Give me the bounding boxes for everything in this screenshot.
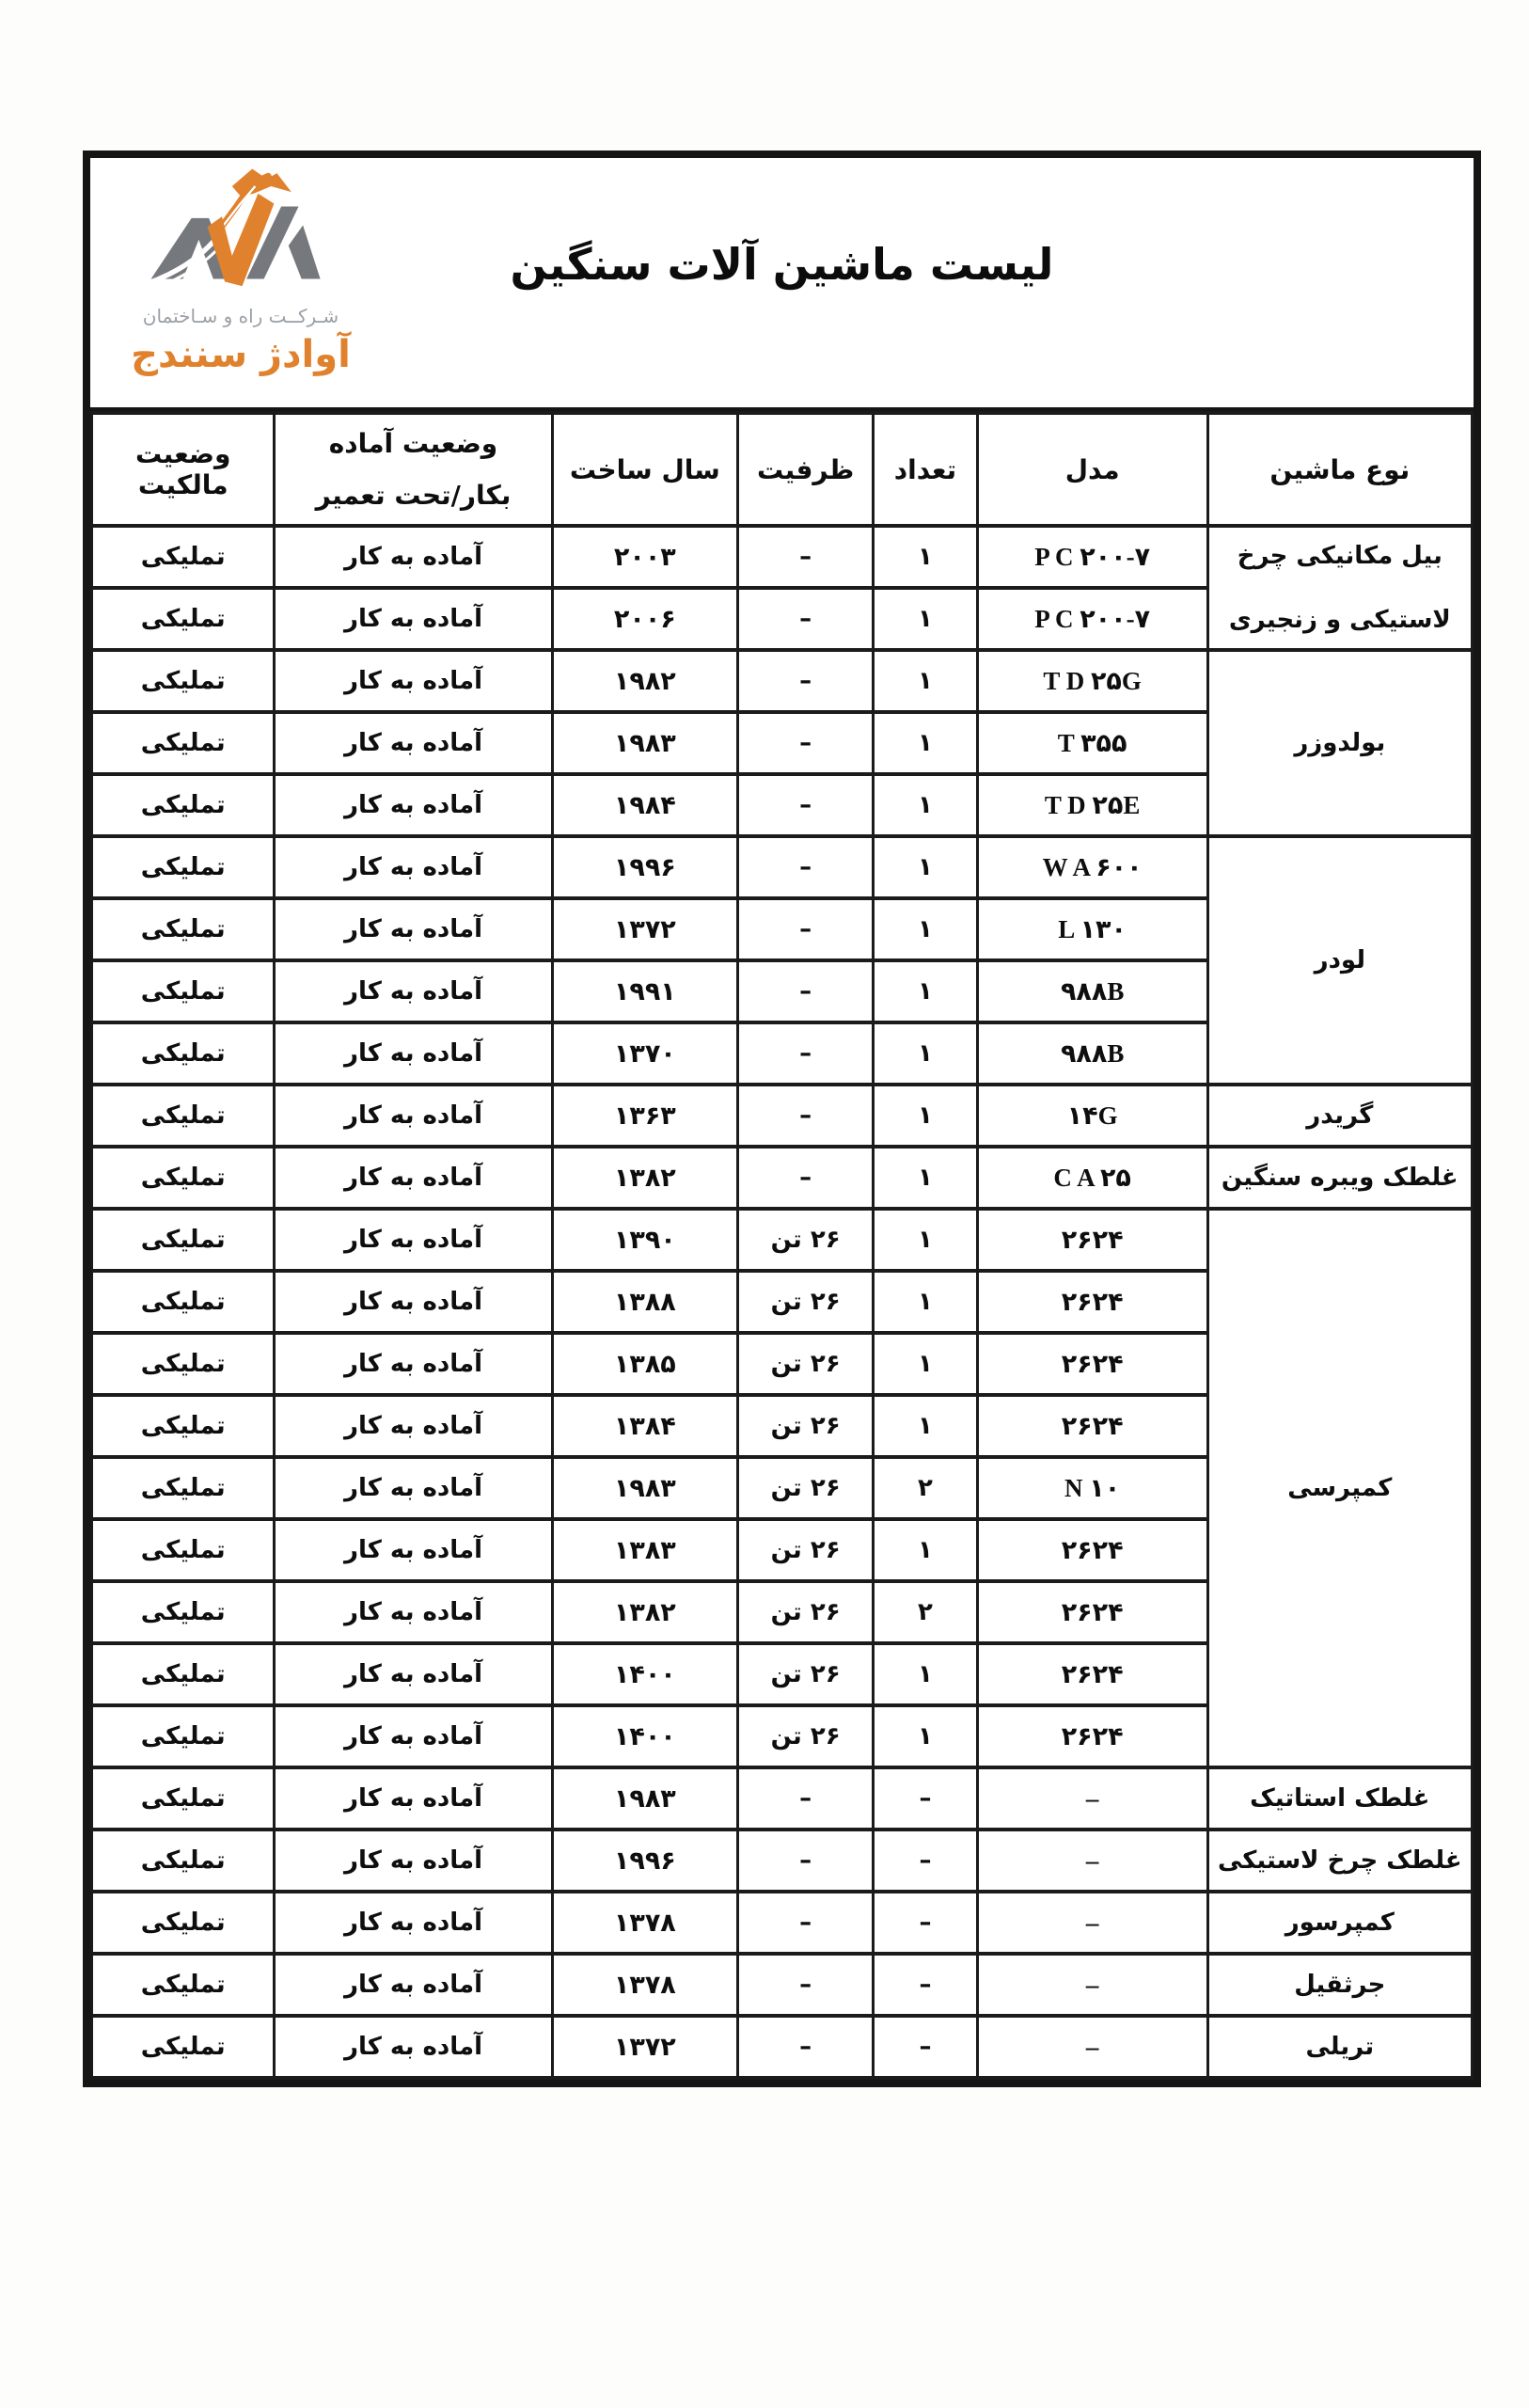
cell-year: ۱۳۷۲: [552, 2016, 737, 2078]
cell-model: P C ۲۰۰-۷: [977, 588, 1207, 650]
brand-name: آوادژ سنندج: [122, 333, 359, 376]
cell-ready-status: آماده به کار: [275, 712, 552, 774]
cell-ownership: تملیکی: [92, 1395, 275, 1457]
machine-type-line: کمپرسور: [1213, 1909, 1467, 1937]
cell-ready-status: آماده به کار: [275, 1954, 552, 2016]
cell-count: ۱: [874, 774, 978, 836]
cell-year: ۱۳۷۸: [552, 1892, 737, 1954]
cell-ready-status: آماده به کار: [275, 1333, 552, 1395]
cell-model: T D ۲۵G: [977, 650, 1207, 712]
cell-ready-status: آماده به کار: [275, 1892, 552, 1954]
cell-count: ۱: [874, 1333, 978, 1395]
cell-count: ۲: [874, 1457, 978, 1519]
header-ready-line2: بکار/تحت تعمیر: [279, 480, 546, 511]
cell-count: –: [874, 1892, 978, 1954]
machine-type-line: غلطک چرخ لاستیکی: [1213, 1846, 1467, 1875]
cell-machine-type: غلطک استاتیک: [1207, 1767, 1472, 1830]
header-row: نوع ماشین مدل تعداد ظرفیت سال ساخت وضعیت…: [92, 413, 1473, 526]
cell-ownership: تملیکی: [92, 1892, 275, 1954]
cell-model: –: [977, 1767, 1207, 1830]
cell-ownership: تملیکی: [92, 1457, 275, 1519]
table-row: کمپرسی۲۶۲۴۱۲۶ تن۱۳۹۰آماده به کارتملیکی: [92, 1209, 1473, 1271]
cell-year: ۱۳۷۲: [552, 898, 737, 960]
cell-year: ۱۳۹۰: [552, 1209, 737, 1271]
machine-type-line: لودر: [1213, 946, 1467, 974]
cell-capacity: –: [738, 1085, 874, 1147]
cell-model: ۲۶۲۴: [977, 1705, 1207, 1767]
cell-year: ۱۹۸۳: [552, 1457, 737, 1519]
cell-count: ۱: [874, 898, 978, 960]
cell-ownership: تملیکی: [92, 1022, 275, 1085]
cell-machine-type: بولدوزر: [1207, 650, 1472, 836]
cell-machine-type: لودر: [1207, 836, 1472, 1085]
table-row: بولدوزرT D ۲۵G۱–۱۹۸۲آماده به کارتملیکی: [92, 650, 1473, 712]
cell-capacity: –: [738, 2016, 874, 2078]
cell-ownership: تملیکی: [92, 1705, 275, 1767]
cell-year: ۱۹۹۶: [552, 1830, 737, 1892]
header-ready-line1: وضعیت آماده: [279, 428, 546, 459]
cell-capacity: –: [738, 526, 874, 588]
table-row: غلطک چرخ لاستیکی–––۱۹۹۶آماده به کارتملیک…: [92, 1830, 1473, 1892]
cell-capacity: –: [738, 898, 874, 960]
cell-model: –: [977, 2016, 1207, 2078]
table-row: غلطک ویبره سنگینC A ۲۵۱–۱۳۸۲آماده به کار…: [92, 1147, 1473, 1209]
cell-count: ۱: [874, 588, 978, 650]
machine-type-line: غلطک استاتیک: [1213, 1784, 1467, 1813]
cell-count: ۱: [874, 1705, 978, 1767]
cell-capacity: ۲۶ تن: [738, 1643, 874, 1705]
cell-capacity: –: [738, 588, 874, 650]
cell-machine-type: غلطک ویبره سنگین: [1207, 1147, 1472, 1209]
cell-year: ۱۳۷۰: [552, 1022, 737, 1085]
header-ownership: وضعیت مالکیت: [92, 413, 275, 526]
header-ready-status: وضعیت آماده بکار/تحت تعمیر: [275, 413, 552, 526]
cell-model: L ۱۳۰: [977, 898, 1207, 960]
cell-capacity: ۲۶ تن: [738, 1395, 874, 1457]
cell-count: –: [874, 1954, 978, 2016]
cell-capacity: ۲۶ تن: [738, 1581, 874, 1643]
cell-count: ۱: [874, 836, 978, 898]
cell-ready-status: آماده به کار: [275, 1767, 552, 1830]
cell-count: –: [874, 2016, 978, 2078]
cell-capacity: –: [738, 774, 874, 836]
cell-ownership: تملیکی: [92, 526, 275, 588]
cell-year: ۱۹۹۱: [552, 960, 737, 1022]
cell-model: ۹۸۸B: [977, 1022, 1207, 1085]
table-row: بیل مکانیکی چرخلاستیکی و زنجیریP C ۲۰۰-۷…: [92, 526, 1473, 588]
cell-year: ۱۳۸۲: [552, 1147, 737, 1209]
cell-ready-status: آماده به کار: [275, 1147, 552, 1209]
cell-model: W A ۶۰۰: [977, 836, 1207, 898]
cell-ownership: تملیکی: [92, 1954, 275, 2016]
cell-capacity: ۲۶ تن: [738, 1457, 874, 1519]
cell-ownership: تملیکی: [92, 588, 275, 650]
machine-type-line: غلطک ویبره سنگین: [1213, 1164, 1467, 1192]
machine-type-line: گریدر: [1213, 1101, 1467, 1130]
header-model: مدل: [977, 413, 1207, 526]
cell-capacity: –: [738, 1954, 874, 2016]
cell-capacity: ۲۶ تن: [738, 1271, 874, 1333]
cell-model: T D ۲۵E: [977, 774, 1207, 836]
cell-capacity: –: [738, 1022, 874, 1085]
cell-year: ۱۳۸۲: [552, 1581, 737, 1643]
company-name: شـرکــت راه و سـاختمان: [122, 305, 359, 327]
cell-count: ۱: [874, 650, 978, 712]
scanned-page: { "logo": { "company_line": "شـرکــت راه…: [0, 0, 1529, 2408]
cell-year: ۱۹۸۳: [552, 712, 737, 774]
cell-year: ۱۴۰۰: [552, 1643, 737, 1705]
cell-model: N ۱۰: [977, 1457, 1207, 1519]
cell-ownership: تملیکی: [92, 2016, 275, 2078]
cell-ownership: تملیکی: [92, 650, 275, 712]
table-row: جرثقیل–––۱۳۷۸آماده به کارتملیکی: [92, 1954, 1473, 2016]
cell-count: ۱: [874, 712, 978, 774]
table-row: غلطک استاتیک–––۱۹۸۳آماده به کارتملیکی: [92, 1767, 1473, 1830]
cell-capacity: ۲۶ تن: [738, 1519, 874, 1581]
cell-machine-type: جرثقیل: [1207, 1954, 1472, 2016]
cell-count: ۲: [874, 1581, 978, 1643]
cell-ownership: تملیکی: [92, 1271, 275, 1333]
cell-capacity: –: [738, 1830, 874, 1892]
cell-count: ۱: [874, 1209, 978, 1271]
cell-ownership: تملیکی: [92, 712, 275, 774]
machine-type-line: جرثقیل: [1213, 1971, 1467, 1999]
page-title: لیست ماشین آلات سنگین: [90, 239, 1474, 290]
cell-model: ۲۶۲۴: [977, 1271, 1207, 1333]
cell-ready-status: آماده به کار: [275, 1705, 552, 1767]
cell-ready-status: آماده به کار: [275, 836, 552, 898]
cell-machine-type: بیل مکانیکی چرخلاستیکی و زنجیری: [1207, 526, 1472, 650]
cell-ready-status: آماده به کار: [275, 650, 552, 712]
cell-ready-status: آماده به کار: [275, 2016, 552, 2078]
cell-ownership: تملیکی: [92, 1209, 275, 1271]
cell-ownership: تملیکی: [92, 836, 275, 898]
cell-year: ۱۳۶۳: [552, 1085, 737, 1147]
cell-model: ۲۶۲۴: [977, 1209, 1207, 1271]
cell-count: ۱: [874, 1519, 978, 1581]
cell-year: ۱۳۸۵: [552, 1333, 737, 1395]
cell-model: T ۳۵۵: [977, 712, 1207, 774]
cell-model: ۲۶۲۴: [977, 1519, 1207, 1581]
cell-ownership: تملیکی: [92, 1830, 275, 1892]
cell-machine-type: گریدر: [1207, 1085, 1472, 1147]
cell-count: ۱: [874, 1395, 978, 1457]
cell-count: ۱: [874, 526, 978, 588]
cell-count: ۱: [874, 960, 978, 1022]
cell-count: ۱: [874, 1085, 978, 1147]
sheet-header-band: شـرکــت راه و سـاختمان آوادژ سنندج لیست …: [90, 158, 1474, 411]
cell-capacity: –: [738, 1892, 874, 1954]
cell-ownership: تملیکی: [92, 1643, 275, 1705]
cell-ready-status: آماده به کار: [275, 1209, 552, 1271]
cell-year: ۱۹۹۶: [552, 836, 737, 898]
cell-machine-type: تریلی: [1207, 2016, 1472, 2078]
cell-model: ۱۴G: [977, 1085, 1207, 1147]
machinery-list-sheet: شـرکــت راه و سـاختمان آوادژ سنندج لیست …: [83, 150, 1481, 2087]
cell-year: ۱۳۸۴: [552, 1395, 737, 1457]
cell-year: ۱۹۸۴: [552, 774, 737, 836]
header-machine-type: نوع ماشین: [1207, 413, 1472, 526]
cell-machine-type: غلطک چرخ لاستیکی: [1207, 1830, 1472, 1892]
cell-year: ۱۹۸۳: [552, 1767, 737, 1830]
cell-ownership: تملیکی: [92, 1147, 275, 1209]
cell-count: –: [874, 1767, 978, 1830]
machine-type-line: تریلی: [1213, 2033, 1467, 2061]
cell-model: P C ۲۰۰-۷: [977, 526, 1207, 588]
cell-capacity: ۲۶ تن: [738, 1333, 874, 1395]
cell-year: ۱۴۰۰: [552, 1705, 737, 1767]
cell-model: ۲۶۲۴: [977, 1333, 1207, 1395]
cell-year: ۱۳۸۳: [552, 1519, 737, 1581]
cell-ownership: تملیکی: [92, 960, 275, 1022]
cell-model: –: [977, 1892, 1207, 1954]
cell-count: ۱: [874, 1147, 978, 1209]
cell-model: ۲۶۲۴: [977, 1395, 1207, 1457]
cell-count: –: [874, 1830, 978, 1892]
cell-ready-status: آماده به کار: [275, 588, 552, 650]
cell-ready-status: آماده به کار: [275, 1830, 552, 1892]
cell-ready-status: آماده به کار: [275, 526, 552, 588]
cell-ready-status: آماده به کار: [275, 1519, 552, 1581]
cell-model: ۹۸۸B: [977, 960, 1207, 1022]
cell-ownership: تملیکی: [92, 1519, 275, 1581]
cell-year: ۱۹۸۲: [552, 650, 737, 712]
cell-model: ۲۶۲۴: [977, 1581, 1207, 1643]
cell-count: ۱: [874, 1643, 978, 1705]
cell-ready-status: آماده به کار: [275, 1085, 552, 1147]
cell-capacity: –: [738, 836, 874, 898]
cell-model: ۲۶۲۴: [977, 1643, 1207, 1705]
cell-ownership: تملیکی: [92, 774, 275, 836]
cell-ownership: تملیکی: [92, 1085, 275, 1147]
header-year: سال ساخت: [552, 413, 737, 526]
cell-capacity: –: [738, 650, 874, 712]
table-row: تریلی–––۱۳۷۲آماده به کارتملیکی: [92, 2016, 1473, 2078]
cell-ready-status: آماده به کار: [275, 960, 552, 1022]
table-row: لودرW A ۶۰۰۱–۱۹۹۶آماده به کارتملیکی: [92, 836, 1473, 898]
cell-ready-status: آماده به کار: [275, 1581, 552, 1643]
cell-ownership: تملیکی: [92, 1767, 275, 1830]
cell-ownership: تملیکی: [92, 1581, 275, 1643]
cell-year: ۱۳۸۸: [552, 1271, 737, 1333]
cell-model: C A ۲۵: [977, 1147, 1207, 1209]
cell-machine-type: کمپرسور: [1207, 1892, 1472, 1954]
cell-model: –: [977, 1830, 1207, 1892]
cell-year: ۲۰۰۳: [552, 526, 737, 588]
machine-type-line: لاستیکی و زنجیری: [1213, 606, 1467, 634]
cell-capacity: –: [738, 960, 874, 1022]
cell-ready-status: آماده به کار: [275, 1271, 552, 1333]
cell-capacity: –: [738, 712, 874, 774]
cell-ready-status: آماده به کار: [275, 1022, 552, 1085]
cell-model: –: [977, 1954, 1207, 2016]
cell-capacity: –: [738, 1767, 874, 1830]
machine-type-line: کمپرسی: [1213, 1474, 1467, 1502]
cell-machine-type: کمپرسی: [1207, 1209, 1472, 1767]
cell-count: ۱: [874, 1271, 978, 1333]
table-row: کمپرسور–––۱۳۷۸آماده به کارتملیکی: [92, 1892, 1473, 1954]
cell-ready-status: آماده به کار: [275, 1457, 552, 1519]
cell-ready-status: آماده به کار: [275, 1643, 552, 1705]
cell-ownership: تملیکی: [92, 898, 275, 960]
cell-year: ۱۳۷۸: [552, 1954, 737, 2016]
cell-count: ۱: [874, 1022, 978, 1085]
cell-capacity: –: [738, 1147, 874, 1209]
header-count: تعداد: [874, 413, 978, 526]
cell-ready-status: آماده به کار: [275, 898, 552, 960]
cell-capacity: ۲۶ تن: [738, 1209, 874, 1271]
machinery-table: نوع ماشین مدل تعداد ظرفیت سال ساخت وضعیت…: [90, 411, 1474, 2080]
cell-ready-status: آماده به کار: [275, 1395, 552, 1457]
cell-ready-status: آماده به کار: [275, 774, 552, 836]
table-row: گریدر۱۴G۱–۱۳۶۳آماده به کارتملیکی: [92, 1085, 1473, 1147]
cell-ownership: تملیکی: [92, 1333, 275, 1395]
cell-year: ۲۰۰۶: [552, 588, 737, 650]
header-capacity: ظرفیت: [738, 413, 874, 526]
cell-capacity: ۲۶ تن: [738, 1705, 874, 1767]
machine-type-line: بیل مکانیکی چرخ: [1213, 542, 1467, 570]
machine-type-line: بولدوزر: [1213, 729, 1467, 757]
